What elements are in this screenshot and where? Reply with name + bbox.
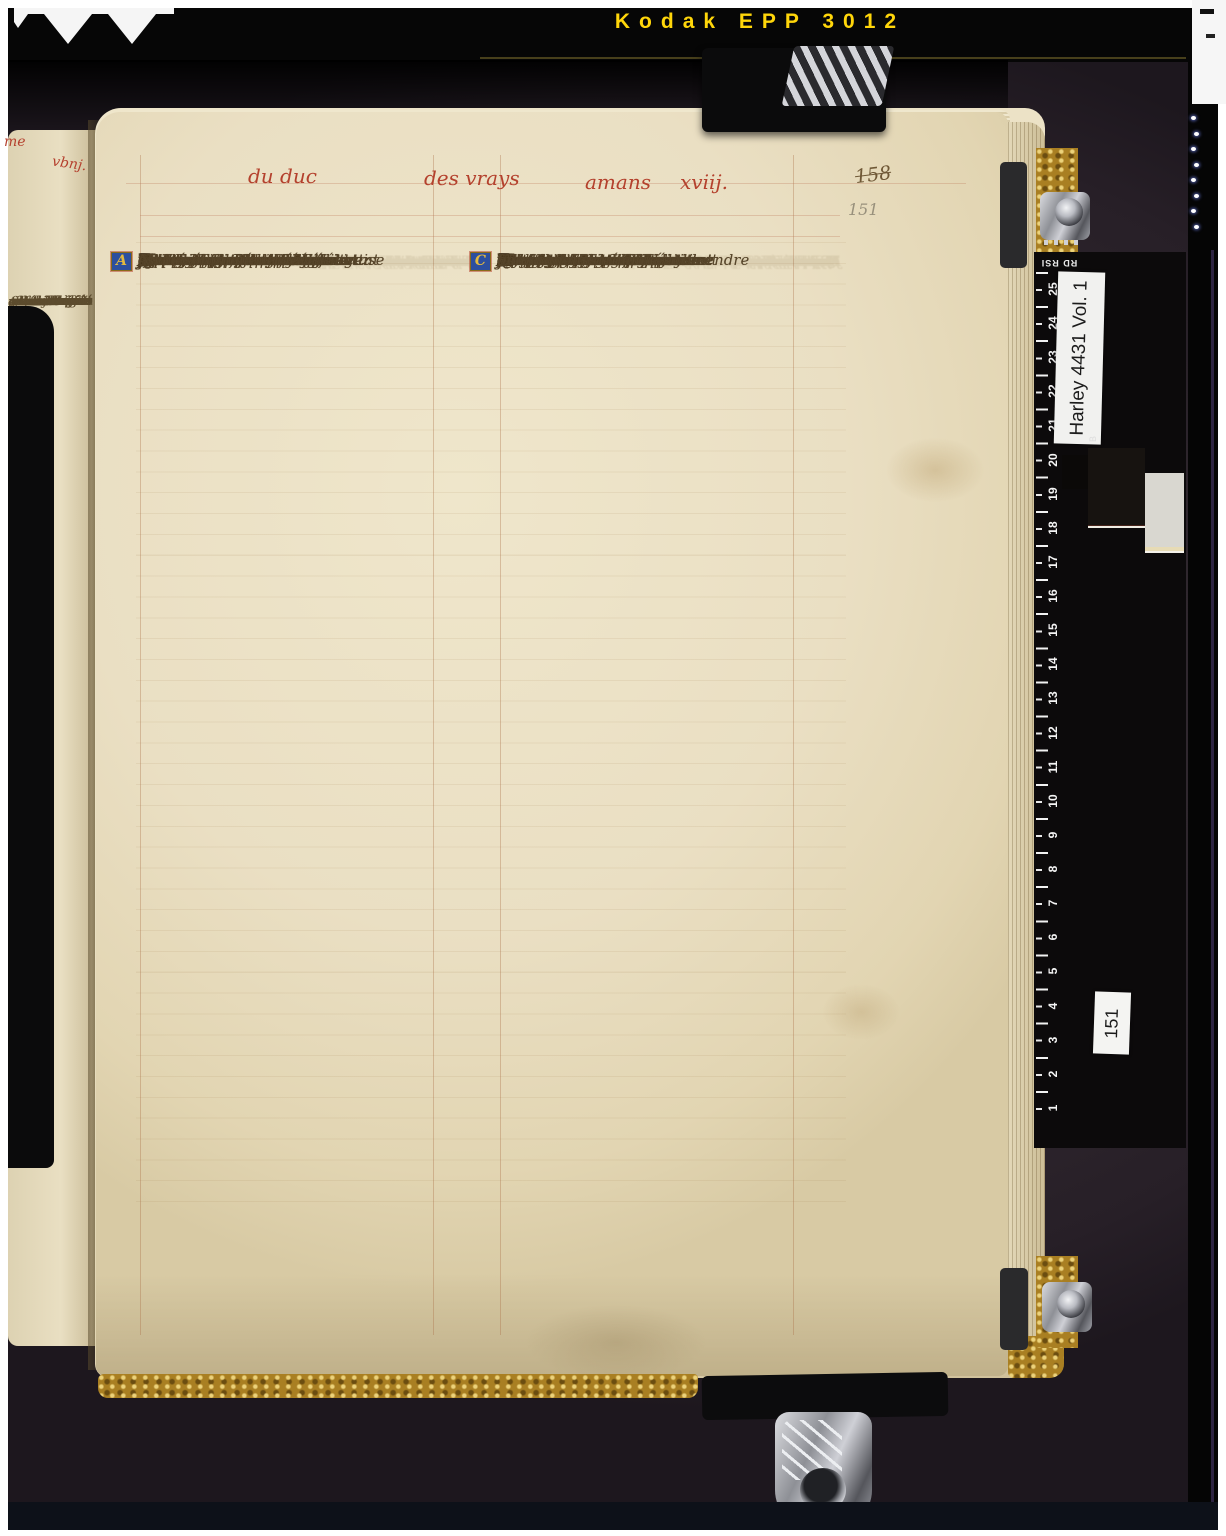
film-edge-dots (1191, 116, 1203, 236)
facing-page-red-fragment: me (4, 134, 26, 150)
folio-number-pencil: 151 (848, 200, 879, 219)
film-edge-dot (1194, 132, 1199, 136)
manuscript-photograph: Kodak EPP 3012 me vbnj. ent ordencembre … (0, 0, 1226, 1536)
illuminated-initial: C (470, 252, 491, 271)
film-edge-dot (1194, 194, 1199, 198)
manuscript-recto-page: du duc des vrays amans xviij. 158 151 Ca… (96, 112, 1008, 1376)
facing-page-line-endings: ent ordencembre attachésust estachieraim… (8, 288, 92, 289)
film-corner-white (1192, 0, 1226, 104)
film-edge-line (1211, 250, 1214, 1505)
film-edge-dot (1191, 116, 1196, 120)
film-edge-dot (1194, 163, 1199, 167)
grayscale-wedge (1062, 455, 1088, 1143)
ruling-line-horizontal (140, 215, 840, 216)
film-corner-mark (1206, 34, 1215, 38)
grayscale-step (1062, 455, 1088, 489)
ruler-top-text: RD RSI (1036, 256, 1082, 268)
shelfmark-label: Harley 4431 Vol. 1 (1054, 271, 1105, 444)
film-edge-dot (1194, 225, 1199, 229)
film-edge-dot (1191, 178, 1196, 182)
film-edge-dot (1191, 209, 1196, 213)
ruling-line-vertical (793, 155, 794, 1335)
top-right-clip-tab (1000, 162, 1027, 268)
running-title-numeral: xviij. (680, 170, 728, 194)
top-clip-strap (782, 46, 895, 106)
black-backing-card (8, 306, 54, 1168)
top-right-clamp-dots (1044, 240, 1084, 245)
film-edge-dot (1191, 147, 1196, 151)
running-title-part: du duc (248, 164, 317, 188)
facing-page-red-chapter-numeral: vbnj. (51, 154, 88, 175)
ruling-line-vertical (140, 155, 141, 1335)
film-bottom-strip (8, 1502, 1218, 1530)
ruling-line-vertical (500, 155, 501, 1335)
grayscale-column-label: B (1088, 428, 1102, 442)
ruling-line-vertical (433, 155, 434, 1335)
film-stock-label: Kodak EPP 3012 (590, 7, 930, 37)
bottom-right-clamp-screw (1057, 1290, 1085, 1318)
film-notch-code (14, 8, 184, 50)
illuminated-initial: A (111, 252, 132, 271)
color-patch-warm-gray (1145, 473, 1184, 547)
film-corner-mark (1200, 9, 1214, 14)
running-title-part: des vrays (424, 166, 520, 190)
running-title-part: amans (585, 170, 651, 194)
bottom-right-clip-tab (1000, 1268, 1028, 1350)
top-right-clamp-screw (1055, 198, 1083, 226)
ruling-line-horizontal (140, 236, 840, 237)
ruling-grid (136, 242, 846, 1202)
frame-number-tag: 151 (1093, 991, 1131, 1054)
gilt-edge-bottom (98, 1374, 698, 1398)
color-patch-black (1088, 448, 1145, 525)
folio-number-ink: 158 (854, 162, 893, 188)
